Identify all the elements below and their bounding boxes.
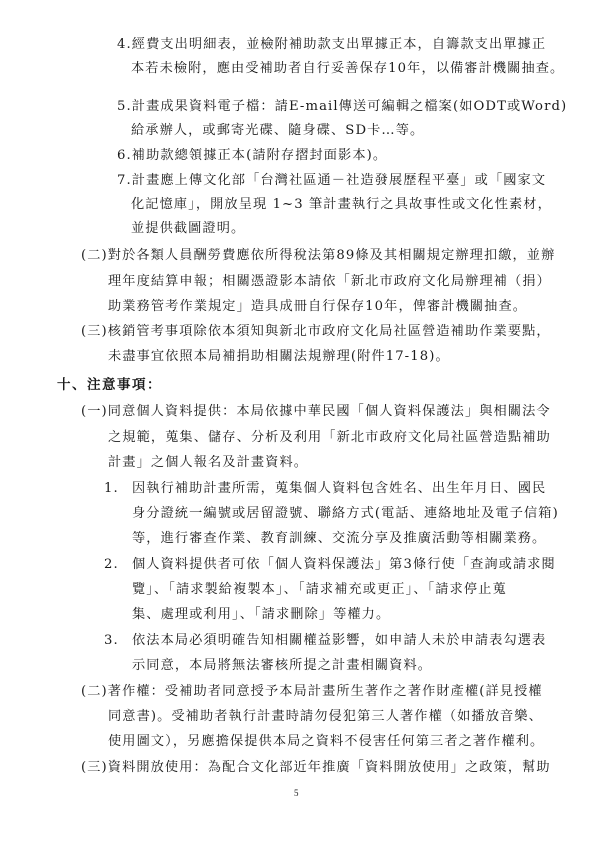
privacy-subitem-1-line-2: 身分證統一編號或居留證號、聯絡方式(電話、連絡地址及電子信箱) bbox=[132, 506, 559, 522]
subitem-text: 因執行補助計畫所需，蒐集個人資料包含姓名、出生年月日、國民 bbox=[132, 481, 546, 496]
page-number: 5 bbox=[294, 788, 299, 798]
section-item-2-line-3: 助業務管考作業規定」造具成冊自行保存10年，俾審計機關抽查。 bbox=[108, 299, 527, 315]
subitem-number: 1. bbox=[104, 481, 132, 497]
privacy-subitem-3-line-1: 3.依法本局必須明確告知相關權益影響，如申請人未於申請表勾選表 bbox=[104, 633, 546, 649]
copyright-item-line-2: 同意書)。受補助者執行計畫時請勿侵犯第三人著作權（如播放音樂、 bbox=[108, 709, 543, 725]
privacy-subitem-2-line-2: 覽」、「請求製給複製本」、「請求補充或更正」、「請求停止蒐 bbox=[132, 582, 507, 598]
copyright-item-line-3: 使用圖文），另應擔保提供本局之資料不侵害任何第三者之著作權利。 bbox=[108, 734, 544, 750]
privacy-subitem-1-line-1: 1.因執行補助計畫所需，蒐集個人資料包含姓名、出生年月日、國民 bbox=[104, 481, 546, 497]
privacy-subitem-2-line-3: 集、處理或利用」、「請求刪除」等權力。 bbox=[132, 607, 390, 623]
list-item-5-line-2: 給承辦人，或郵寄光碟、隨身碟、SD卡…等。 bbox=[131, 123, 424, 139]
list-item-7-line-3: 並提供截圖證明。 bbox=[131, 221, 245, 237]
section-item-3-line-1: (三)核銷管考事項除依本須知與新北市政府文化局社區營造補助作業要點， bbox=[81, 324, 551, 340]
privacy-item-line-3: 計畫」之個人報名及計畫資料。 bbox=[108, 455, 308, 471]
list-item-6-line-1: 6.補助款總領據正本(請附存摺封面影本)。 bbox=[117, 148, 387, 164]
subitem-number: 3. bbox=[104, 633, 132, 649]
section-item-2-line-1: (二)對於各類人員酬勞費應依所得稅法第89條及其相關規定辦理扣繳，並辦 bbox=[81, 248, 555, 264]
document-page: 4.經費支出明細表，並檢附補助款支出單據正本，自籌款支出單據正 本若未檢附，應由… bbox=[0, 0, 595, 841]
list-item-4-line-1: 4.經費支出明細表，並檢附補助款支出單據正本，自籌款支出單據正 bbox=[117, 37, 546, 53]
privacy-subitem-2-line-1: 2.個人資料提供者可依「個人資料保護法」第3條行使「查詢或請求閱 bbox=[104, 557, 556, 573]
list-item-5-line-1: 5.計畫成果資料電子檔：請E-mail傳送可編輯之檔案(如ODT或Word) bbox=[117, 99, 567, 115]
subitem-text: 個人資料提供者可依「個人資料保護法」第3條行使「查詢或請求閱 bbox=[132, 557, 556, 572]
open-data-item-line-1: (三)資料開放使用：為配合文化部近年推廣「資料開放使用」之政策，幫助 bbox=[81, 760, 551, 776]
list-item-7-line-2: 化記憶庫」，開放呈現 1~3 筆計畫執行之具故事性或文化性素材， bbox=[131, 197, 552, 213]
subitem-number: 2. bbox=[104, 557, 132, 573]
privacy-subitem-1-line-3: 等，進行審查作業、教育訓練、交流分享及推廣活動等相關業務。 bbox=[132, 531, 546, 547]
subitem-text: 依法本局必須明確告知相關權益影響，如申請人未於申請表勾選表 bbox=[132, 633, 546, 648]
privacy-subitem-3-line-2: 示同意，本局將無法審核所提之計畫相關資料。 bbox=[132, 658, 432, 674]
list-item-4-line-2: 本若未檢附，應由受補助者自行妥善保存10年，以備審計機關抽查。 bbox=[131, 61, 564, 77]
copyright-item-line-1: (二)著作權：受補助者同意授予本局計畫所生著作之著作財產權(詳見授權 bbox=[81, 684, 543, 700]
section-item-3-line-2: 未盡事宜依照本局補捐助相關法規辦理(附件17-18)。 bbox=[108, 349, 450, 365]
privacy-item-line-1: (一)同意個人資料提供：本局依據中華民國「個人資料保護法」與相關法令 bbox=[81, 404, 551, 420]
section-heading: 十、注意事項： bbox=[57, 377, 162, 393]
section-item-2-line-2: 理年度結算申報；相關憑證影本請依「新北市政府文化局辦理補（捐） bbox=[108, 274, 551, 290]
privacy-item-line-2: 之規範，蒐集、儲存、分析及利用「新北市政府文化局社區營造點補助 bbox=[108, 430, 551, 446]
list-item-7-line-1: 7.計畫應上傳文化部「台灣社區通－社造發展歷程平臺」或「國家文 bbox=[117, 173, 546, 189]
